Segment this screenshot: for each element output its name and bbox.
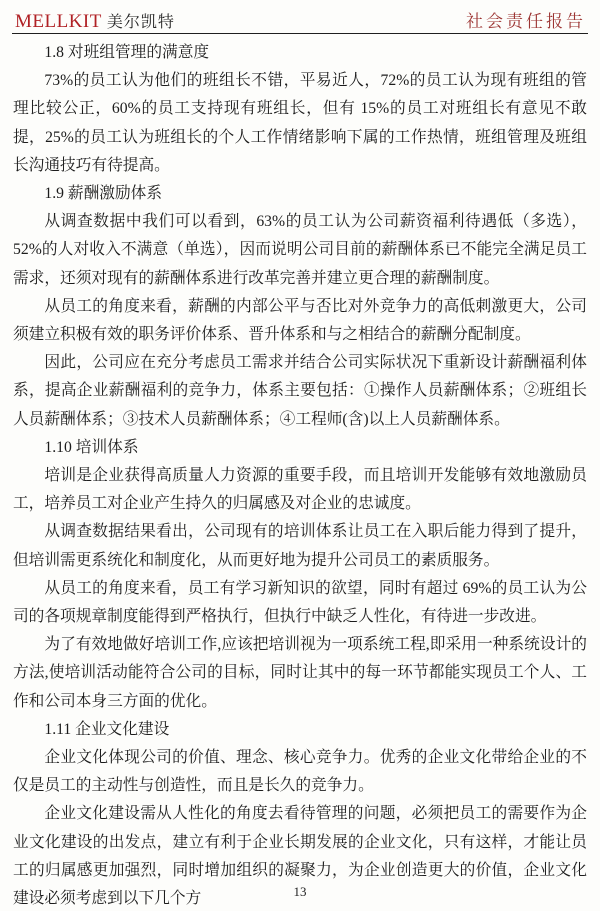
paragraph: 从调查数据结果看出，公司现有的培训体系让员工在入职后能力得到了提升，但培训需更系… [13,518,587,574]
paragraph: 从员工的角度来看，员工有学习新知识的欲望，同时有超过 69%的员工认为公司的各项… [13,575,587,631]
report-title: 社会责任报告 [466,7,586,32]
paragraph: 培训是企业获得高质量人力资源的重要手段，而且培训开发能够有效地激励员工，培养员工… [13,462,587,518]
page-header: MELLKIT美尔凯特 社会责任报告 [15,7,586,33]
document-page: MELLKIT美尔凯特 社会责任报告 1.8 对班组管理的满意度 73%的员工认… [0,0,600,911]
document-body: 1.8 对班组管理的满意度 73%的员工认为他们的班组长不错，平易近人，72%的… [13,39,587,911]
paragraph: 企业文化体现公司的价值、理念、核心竞争力。优秀的企业文化带给企业的不仅是员工的主… [13,744,587,800]
paragraph: 为了有效地做好培训工作,应该把培训视为一项系统工程,即采用一种系统设计的方法,使… [13,631,587,716]
section-heading-1-11: 1.11 企业文化建设 [13,716,587,744]
brand: MELLKIT美尔凯特 [15,9,175,33]
brand-name-cn: 美尔凯特 [107,14,175,31]
page-number: 13 [0,884,600,900]
section-heading-1-8: 1.8 对班组管理的满意度 [13,39,587,67]
header-divider [12,33,588,34]
paragraph: 从员工的角度来看，薪酬的内部公平与否比对外竞争力的高低刺激更大，公司须建立积极有… [13,293,587,349]
paragraph: 从调查数据中我们可以看到，63%的员工认为公司薪资福利待遇低（多选），52%的人… [13,208,587,293]
paragraph: 73%的员工认为他们的班组长不错，平易近人，72%的员工认为现有班组的管理比较公… [13,67,587,180]
section-heading-1-10: 1.10 培训体系 [13,434,587,462]
paragraph: 因此，公司应在充分考虑员工需求并结合公司实际状况下重新设计薪酬福利体系，提高企业… [13,349,587,434]
brand-logo-text: MELLKIT [15,11,102,32]
section-heading-1-9: 1.9 薪酬激励体系 [13,180,587,208]
